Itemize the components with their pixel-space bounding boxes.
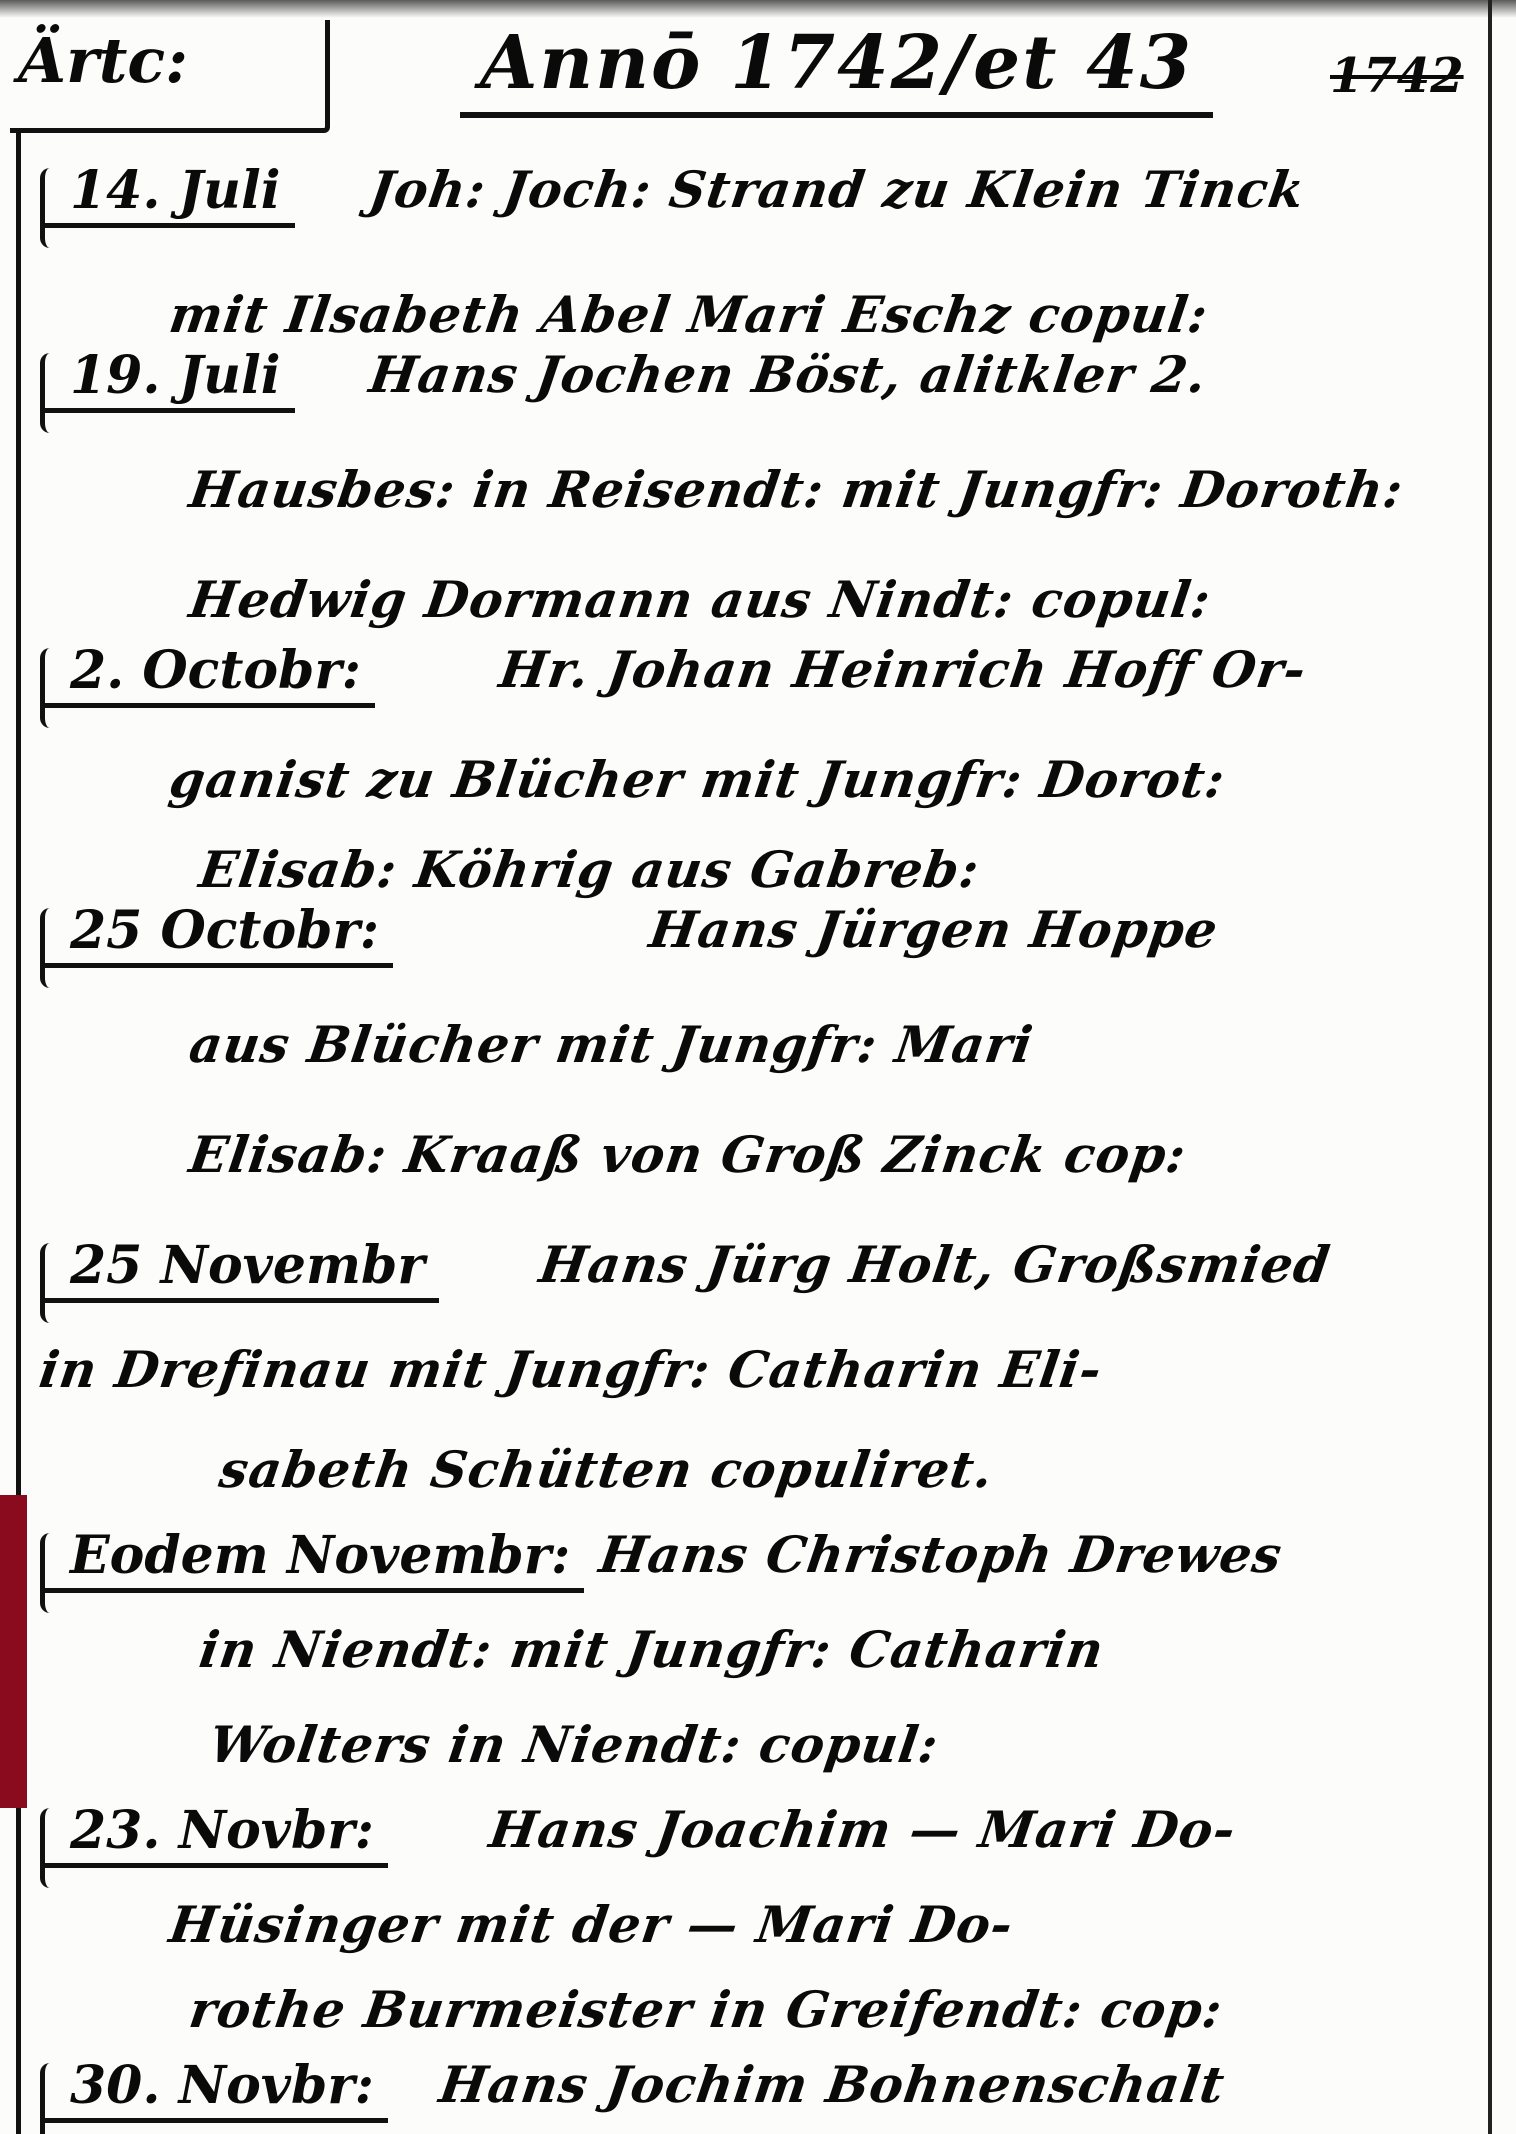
entry-date: 30. Novbr: [40,2055,388,2123]
page-title: Annō 1742/et 43 [460,20,1213,118]
entry-date: 25 Novembr [40,1235,439,1303]
entry-line: Hedwig Dormann aus Nindt: copul: [186,570,1215,629]
register-page: Ärtc: Annō 1742/et 43 1742 14. Juli Joh:… [0,0,1516,2134]
red-side-tab [0,1495,27,1808]
entry-date: 25 Octobr: [40,900,393,968]
entry-line: Hans Christoph Drewes [596,1525,1286,1584]
page-header: Ärtc: Annō 1742/et 43 1742 [0,0,1516,150]
entry-date: 14. Juli [40,160,295,228]
header-left-label: Ärtc: [18,24,188,97]
struck-year: 1742 [1330,48,1464,104]
entry-line: Elisab: Köhrig aus Gabreb: [196,840,983,899]
entry-line: in Niendt: mit Jungfr: Catharin [196,1620,1108,1679]
entry-line: Hans Jürg Holt, Großsmied [536,1235,1334,1294]
entry-line: Hans Jochen Böst, alitkler 2. [366,345,1211,404]
entry-line: Hans Jürgen Hoppe [646,900,1222,959]
entry-line: Hans Joachim — Mari Do- [486,1800,1240,1859]
entry-line: Hausbes: in Reisendt: mit Jungfr: Doroth… [186,460,1407,519]
entry-date: 23. Novbr: [40,1800,388,1868]
entry-line: mit Ilsabeth Abel Mari Eschz copul: [166,285,1212,344]
entry-line: Hüsinger mit der — Mari Do- [166,1895,1017,1954]
entry-line: Hans Jochim Bohnenschalt [436,2055,1229,2114]
entry-date: Eodem Novembr: [40,1525,584,1593]
entry-line: Joh: Joch: Strand zu Klein Tinck [366,160,1309,219]
left-margin-rule [16,130,21,2134]
entry-line: aus Blücher mit Jungfr: Mari [186,1015,1037,1074]
right-margin-rule [1488,0,1492,2134]
entry-line: in Drefinau mit Jungfr: Catharin Eli- [36,1340,1106,1399]
entry-line: rothe Burmeister in Greifendt: cop: [186,1980,1227,2039]
entry-line: sabeth Schütten copuliret. [216,1440,997,1499]
entry-line: Wolters in Niendt: copul: [206,1715,943,1774]
entry-line: ganist zu Blücher mit Jungfr: Dorot: [166,750,1229,809]
entry-date: 19. Juli [40,345,295,413]
entry-line: Hr. Johan Heinrich Hoff Or- [496,640,1310,699]
entry-line: Elisab: Kraaß von Groß Zinck cop: [186,1125,1190,1184]
entry-date: 2. Octobr: [40,640,375,708]
